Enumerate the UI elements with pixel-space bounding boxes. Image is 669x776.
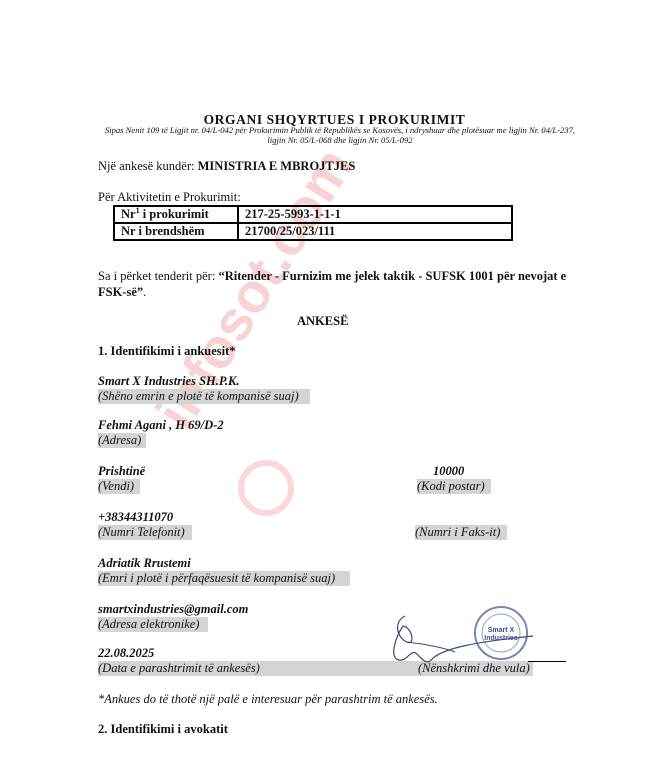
svg-text:Industries: Industries — [484, 635, 518, 642]
against-value: MINISTRIA E MBROJTJES — [198, 159, 356, 173]
tender-value-line2: FSK-së” — [98, 285, 143, 299]
legal-basis-line2: ligjin Nr. 05/L-068 dhe ligjin Nr. 05/L-… — [100, 135, 580, 145]
email-value: smartxindustries@gmail.com — [98, 602, 248, 617]
legal-basis: Sipas Nenit 109 të Ligjit nr. 04/L-042 p… — [100, 125, 580, 145]
tender-value-line1: “Ritender - Furnizim me jelek taktik - S… — [218, 269, 566, 283]
watermark-logo-icon — [238, 460, 294, 516]
date-value: 22.08.2025 — [98, 646, 154, 661]
company-label: (Shëno emrin e plotë të kompanisë suaj) — [98, 389, 310, 404]
date-label: (Data e parashtrimit të ankesës) — [98, 661, 260, 676]
procurement-label: Për Aktivitetin e Prokurimit: — [98, 190, 241, 205]
postal-value: 10000 — [433, 464, 464, 479]
procurement-table: Nr1 i prokurimit 217-25-5993-1-1-1 Nr i … — [113, 205, 513, 241]
company-stamp-icon: Smart X Industries — [472, 604, 530, 662]
svg-text:Smart X: Smart X — [488, 627, 515, 634]
company-value: Smart X Industries SH.P.K. — [98, 374, 240, 389]
section1-heading: 1. Identifikimi i ankuesit* — [98, 344, 236, 359]
tender-label: Sa i përket tenderit për: — [98, 269, 218, 283]
representative-label: (Emri i plotë i përfaqësuesit të kompani… — [98, 571, 350, 586]
section-title: ANKESË — [297, 314, 348, 329]
complaint-against: Një ankesë kundër: MINISTRIA E MBROJTJES — [98, 159, 355, 174]
representative-value: Adriatik Rrustemi — [98, 556, 191, 571]
tender-tail: . — [143, 285, 146, 299]
postal-label: (Kodi postar) — [417, 479, 491, 494]
address-value: Fehmi Agani , H 69/D-2 — [98, 418, 224, 433]
phone-value: +38344311070 — [98, 510, 173, 525]
table-row: Nr i brendshëm 21700/25/023/111 — [114, 223, 512, 240]
footnote: *Ankues do të thotë një palë e interesua… — [98, 692, 438, 707]
city-label: (Vendi) — [98, 479, 140, 494]
table-row: Nr1 i prokurimit 217-25-5993-1-1-1 — [114, 206, 512, 223]
address-label: (Adresa) — [98, 433, 146, 448]
phone-label: (Numri Telefonit) — [98, 525, 192, 540]
tender-subject: Sa i përket tenderit për: “Ritender - Fu… — [98, 268, 618, 300]
internal-number-value: 21700/25/023/111 — [238, 223, 512, 240]
fax-label: (Numri i Faks-it) — [415, 525, 507, 540]
city-value: Prishtinë — [98, 464, 145, 479]
procurement-number-value: 217-25-5993-1-1-1 — [238, 206, 512, 223]
procurement-number-key: Nr1 i prokurimit — [114, 206, 238, 223]
email-label: (Adresa elektronike) — [98, 617, 208, 632]
legal-basis-line1: Sipas Nenit 109 të Ligjit nr. 04/L-042 p… — [100, 125, 580, 135]
against-label: Një ankesë kundër: — [98, 159, 198, 173]
section2-heading: 2. Identifikimi i avokatit — [98, 722, 228, 737]
internal-number-key: Nr i brendshëm — [114, 223, 238, 240]
